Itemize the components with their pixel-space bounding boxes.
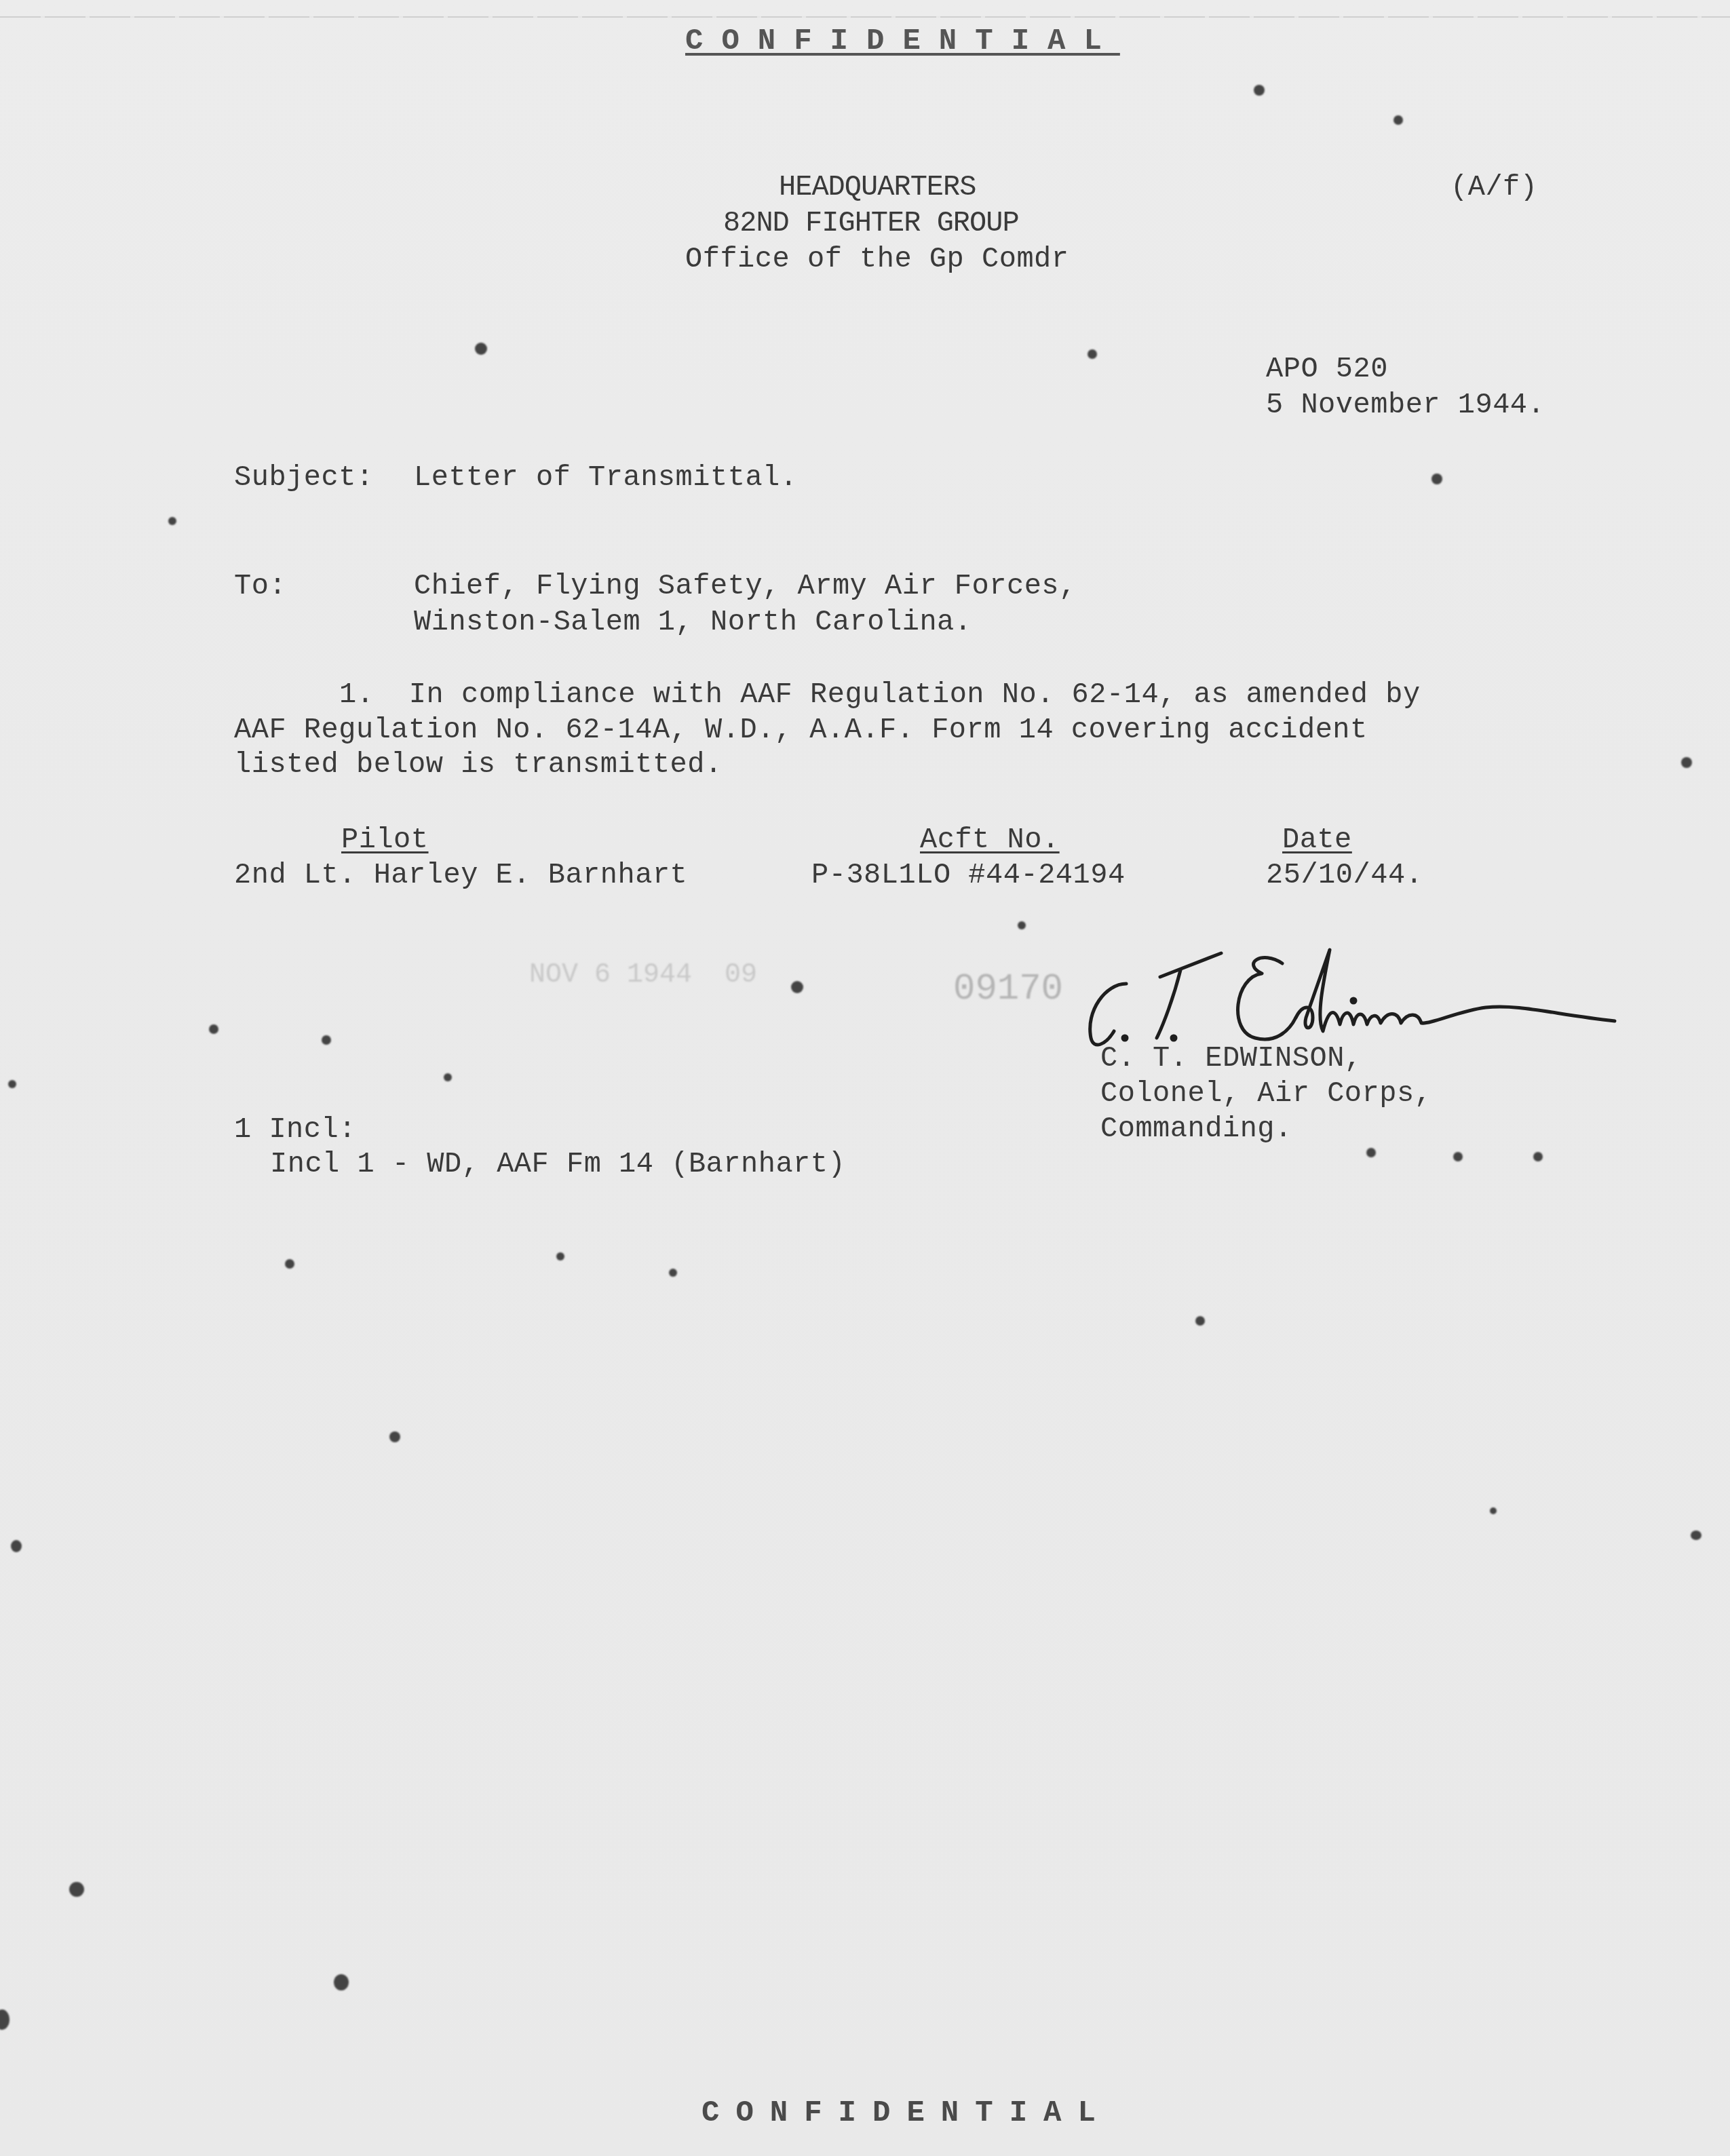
enclosure-item-1: Incl 1 - WD, AAF Fm 14 (Barnhart): [270, 1147, 845, 1182]
file-mark: (A/f): [1450, 170, 1538, 205]
paragraph-line-1: 1. In compliance with AAF Regulation No.…: [339, 677, 1421, 712]
scan-speck: [1681, 757, 1692, 768]
scan-speck: [209, 1024, 218, 1034]
scan-speck: [1195, 1316, 1205, 1326]
scan-speck: [475, 343, 487, 355]
scan-speck: [1431, 474, 1442, 484]
document-page: CONFIDENTIAL HEADQUARTERS 82ND FIGHTER G…: [0, 0, 1730, 2156]
handwritten-signature-icon: [1079, 936, 1635, 1058]
scan-speck: [669, 1269, 677, 1277]
classification-bottom: CONFIDENTIAL: [701, 2096, 1112, 2130]
org-office: Office of the Gp Comdr: [685, 242, 1069, 277]
subject-value: Letter of Transmittal.: [414, 460, 798, 495]
received-stamp: NOV 6 1944 09: [529, 960, 757, 990]
document-number-stamp: 09170: [953, 969, 1063, 1010]
to-label: To:: [234, 569, 286, 604]
signer-name: C. T. EDWINSON,: [1100, 1041, 1362, 1076]
table-row-pilot: 2nd Lt. Harley E. Barnhart: [234, 858, 687, 893]
column-header-acft-no: Acft No.: [920, 822, 1060, 858]
scan-speck: [285, 1259, 294, 1269]
signer-title: Commanding.: [1100, 1111, 1292, 1147]
scan-speck: [1691, 1531, 1702, 1540]
page-edge-line: [0, 16, 1730, 18]
table-row-acft-no: P-38L1LO #44-24194: [811, 858, 1126, 893]
scan-speck: [322, 1035, 331, 1045]
scan-speck: [389, 1431, 400, 1442]
scan-speck: [1393, 115, 1403, 125]
scan-speck: [1018, 921, 1026, 929]
enclosure-count: 1 Incl:: [234, 1112, 356, 1147]
scan-speck: [11, 1540, 22, 1552]
scan-speck: [444, 1073, 452, 1081]
paragraph-line-2: AAF Regulation No. 62-14A, W.D., A.A.F. …: [234, 712, 1368, 748]
signer-rank: Colonel, Air Corps,: [1100, 1076, 1431, 1111]
org-headquarters: HEADQUARTERS: [779, 170, 976, 205]
scan-speck: [0, 2009, 9, 2030]
scan-speck: [791, 981, 803, 993]
column-header-date: Date: [1282, 822, 1352, 858]
scan-speck: [1453, 1152, 1463, 1161]
apo-number: APO 520: [1266, 351, 1388, 387]
paragraph-line-3: listed below is transmitted.: [234, 747, 723, 782]
classification-top: CONFIDENTIAL: [685, 24, 1120, 58]
scan-speck: [1490, 1507, 1497, 1514]
scan-speck: [69, 1882, 84, 1897]
letter-date: 5 November 1944.: [1266, 387, 1545, 423]
org-group: 82ND FIGHTER GROUP: [723, 206, 1019, 241]
to-line-1: Chief, Flying Safety, Army Air Forces,: [414, 569, 1077, 604]
to-line-2: Winston-Salem 1, North Carolina.: [414, 604, 972, 640]
scan-speck: [1254, 85, 1265, 96]
scan-speck: [1533, 1152, 1543, 1161]
scan-speck: [1366, 1148, 1376, 1157]
scan-speck: [8, 1080, 16, 1088]
table-row-date: 25/10/44.: [1266, 858, 1423, 893]
scan-speck: [168, 517, 176, 525]
scan-speck: [334, 1974, 349, 1990]
scan-speck: [556, 1252, 564, 1260]
column-header-pilot: Pilot: [341, 822, 429, 858]
subject-label: Subject:: [234, 460, 374, 495]
scan-speck: [1088, 349, 1097, 359]
